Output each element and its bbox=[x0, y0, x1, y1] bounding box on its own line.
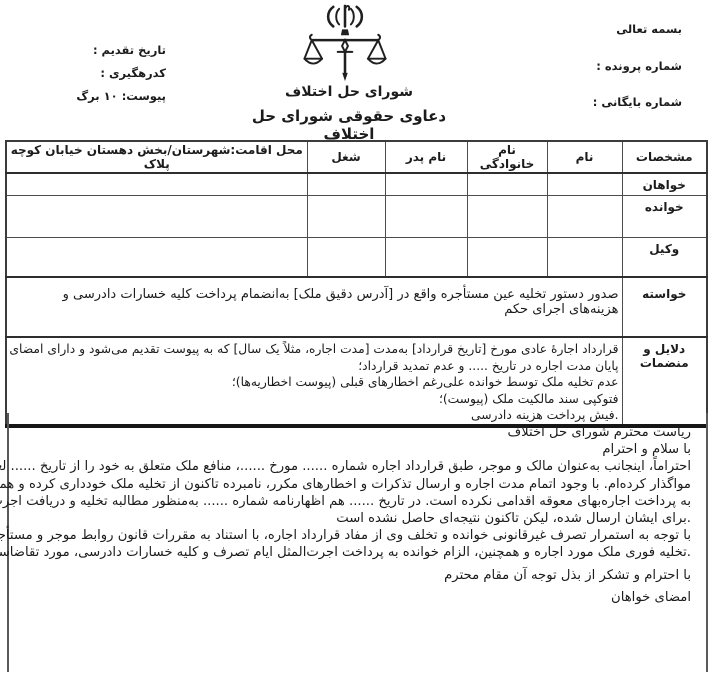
table-row-plaintiff: خواهان bbox=[6, 173, 707, 195]
empty-form-cell bbox=[547, 173, 622, 195]
council-title: شورای حل اختلاف bbox=[249, 84, 449, 100]
empty-form-cell bbox=[385, 195, 467, 237]
col-header-first-name: نام bbox=[547, 141, 622, 173]
evidence-line: عدم تخلیه ملک توسط خوانده علی‌رغم اخطاره… bbox=[13, 374, 619, 391]
empty-form-cell bbox=[467, 237, 547, 277]
plaintiff-signature-label: امضای خواهان bbox=[24, 589, 691, 606]
evidence-line: پایان مدت اجاره در تاریخ ..... و عدم تمد… bbox=[13, 358, 619, 375]
row-label-defendant: خوانده bbox=[622, 195, 707, 237]
petition-salutation: ریاست محترم شورای حل اختلاف bbox=[24, 424, 691, 441]
empty-form-cell bbox=[6, 173, 307, 195]
table-row-defendant: خوانده bbox=[6, 195, 707, 237]
col-header-last-name: نام خانوادگی bbox=[467, 141, 547, 173]
table-row-claim: خواسته صدور دستور تخلیه عین مستأجره واقع… bbox=[6, 277, 707, 337]
petition-line: احتراماً، اینجانب به‌عنوان مالک و موجر، … bbox=[24, 458, 691, 475]
petition-line: .تخلیه فوری ملک مورد اجاره و همچنین، الز… bbox=[24, 544, 691, 561]
empty-form-cell bbox=[6, 195, 307, 237]
table-header-row: مشخصات نام نام خانوادگی نام پدر شغل محل … bbox=[6, 141, 707, 173]
empty-form-cell bbox=[385, 173, 467, 195]
archive-number-label: شماره بایگانی : bbox=[593, 95, 682, 109]
petition-line: با توجه به استمرار تصرف غیرقانونی خوانده… bbox=[24, 527, 691, 544]
evidence-line: فتوکپی سند مالکیت ملک (پیوست)؛ bbox=[13, 391, 619, 408]
attachments-count-label: پیوست: ۱۰ برگ bbox=[76, 89, 166, 103]
col-header-occupation: شغل bbox=[307, 141, 385, 173]
claim-text: صدور دستور تخلیه عین مستأجره واقع در [آد… bbox=[6, 277, 622, 337]
empty-form-cell bbox=[307, 195, 385, 237]
tracking-code-label: کدرهگیری : bbox=[100, 66, 166, 80]
judiciary-scales-emblem bbox=[301, 2, 389, 88]
petition-line: به پرداخت اجاره‌بهای معوقه اقدامی نکرده … bbox=[24, 493, 691, 510]
petition-line: مواگذار کرده‌ام. با وجود اتمام مدت اجاره… bbox=[24, 476, 691, 493]
col-header-father-name: نام پدر bbox=[385, 141, 467, 173]
empty-form-cell bbox=[547, 195, 622, 237]
empty-form-cell bbox=[307, 237, 385, 277]
col-header-residence: محل اقامت:شهرستان/بخش دهستان خیابان کوچه… bbox=[6, 141, 307, 173]
petition-closing: با احترام و تشکر از بذل توجه آن مقام محت… bbox=[24, 567, 691, 584]
row-label-attorney: وکیل bbox=[622, 237, 707, 277]
dispute-council-petition-form: بسمه تعالی شماره پرونده : شماره بایگانی … bbox=[0, 0, 715, 681]
petition-greeting: با سلام و احترام bbox=[24, 441, 691, 458]
bismillah-label: بسمه تعالی bbox=[616, 22, 682, 36]
petition-text-area: ریاست محترم شورای حل اختلاف با سلام و اح… bbox=[7, 413, 708, 672]
empty-form-cell bbox=[547, 237, 622, 277]
empty-form-cell bbox=[385, 237, 467, 277]
table-row-attorney: وکیل bbox=[6, 237, 707, 277]
empty-form-cell bbox=[307, 173, 385, 195]
petition-line: .برای ایشان ارسال شده، لیکن تاکنون نتیجه… bbox=[24, 510, 691, 527]
evidence-line: قرارداد اجارهٔ عادی مورخ [تاریخ قرارداد]… bbox=[13, 341, 619, 358]
parties-table: مشخصات نام نام خانوادگی نام پدر شغل محل … bbox=[5, 140, 708, 428]
row-label-plaintiff: خواهان bbox=[622, 173, 707, 195]
empty-form-cell bbox=[467, 173, 547, 195]
case-number-label: شماره پرونده : bbox=[596, 59, 682, 73]
claim-label: خواسته bbox=[622, 277, 707, 337]
empty-form-cell bbox=[467, 195, 547, 237]
empty-form-cell bbox=[6, 237, 307, 277]
submission-date-label: تاریخ تقدیم : bbox=[93, 43, 166, 57]
col-header-specs: مشخصات bbox=[622, 141, 707, 173]
form-title: دعاوی حقوقی شورای حل اختلاف bbox=[224, 107, 474, 143]
